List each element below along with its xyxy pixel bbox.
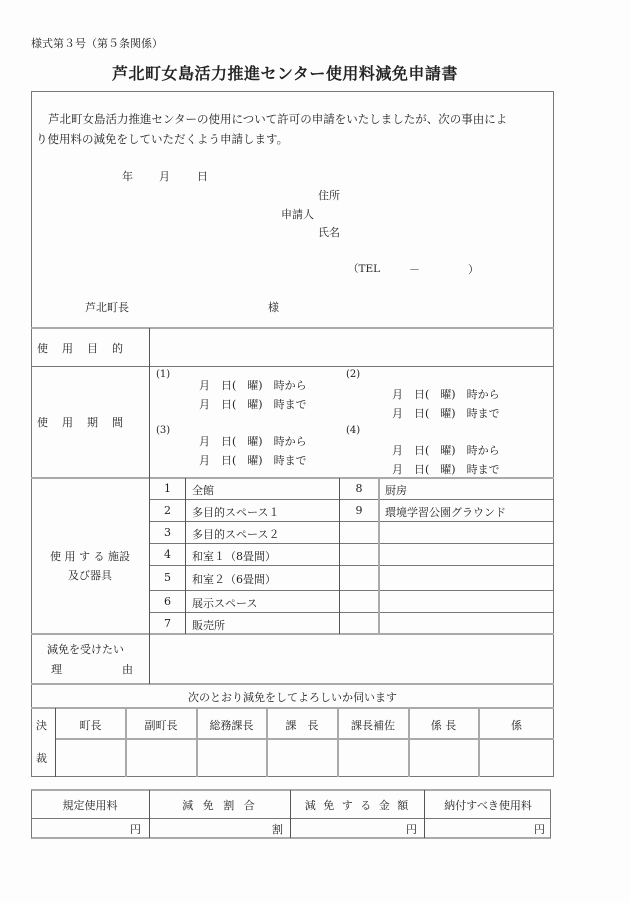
period-slot-1-num: (1) bbox=[156, 369, 170, 380]
name-label: 氏名 bbox=[318, 224, 340, 240]
reason-field[interactable] bbox=[151, 636, 551, 682]
period-slot-2-from[interactable]: 月 日( 曜) 時から bbox=[392, 386, 500, 402]
honorific: 様 bbox=[268, 299, 279, 315]
facility-name[interactable]: 厨房 bbox=[385, 482, 407, 498]
facility-name[interactable]: 多目的スペース１ bbox=[192, 504, 279, 520]
facility-num: 6 bbox=[150, 595, 185, 608]
facility-name[interactable]: 多目的スペース２ bbox=[192, 526, 279, 542]
approver-staff: 係 bbox=[479, 717, 554, 733]
date-day[interactable]: 日 bbox=[197, 168, 208, 184]
divider bbox=[378, 478, 380, 634]
divider bbox=[31, 707, 554, 709]
period-slot-3-from[interactable]: 月 日( 曜) 時から bbox=[199, 433, 307, 449]
period-slot-4-from[interactable]: 月 日( 曜) 時から bbox=[392, 442, 500, 458]
fee-rate-field[interactable]: 割 bbox=[150, 821, 283, 837]
approver-section-chief: 課 長 bbox=[267, 717, 337, 733]
period-slot-2-to[interactable]: 月 日( 曜) 時まで bbox=[392, 405, 500, 421]
divider bbox=[339, 478, 340, 634]
facility-num: 8 bbox=[340, 482, 378, 495]
facility-num: 7 bbox=[150, 617, 185, 630]
facility-name[interactable]: 販売所 bbox=[192, 617, 225, 633]
facility-num: 4 bbox=[150, 548, 185, 561]
facilities-label-2: 及び器具 bbox=[31, 567, 149, 583]
approver-mayor: 町長 bbox=[56, 717, 125, 733]
approver-deputy-mayor: 副町長 bbox=[126, 717, 196, 733]
divider bbox=[149, 612, 554, 613]
divider bbox=[31, 327, 554, 329]
divider bbox=[31, 633, 554, 635]
tel-open: （TEL bbox=[348, 261, 380, 276]
tel-close: ） bbox=[468, 261, 479, 277]
period-slot-2-num: (2) bbox=[346, 369, 360, 380]
fee-header-payable: 納付すべき使用料 bbox=[425, 797, 551, 813]
facility-name[interactable]: 全館 bbox=[192, 482, 214, 498]
divider bbox=[31, 818, 551, 819]
facility-num: 5 bbox=[150, 571, 185, 584]
divider bbox=[31, 683, 554, 685]
facility-name[interactable]: 環境学習公園グラウンド bbox=[385, 504, 506, 520]
approver-assistant-chief: 課長補佐 bbox=[338, 717, 408, 733]
fee-standard-field[interactable]: 円 bbox=[31, 821, 141, 837]
facilities-label-1: 使 用 す る 施設 bbox=[31, 548, 149, 564]
reason-label-2a: 理 bbox=[51, 661, 62, 677]
fee-header-reduction: 減 免 す る 金 額 bbox=[291, 797, 424, 813]
facility-num: 9 bbox=[340, 504, 378, 517]
period-slot-1-to[interactable]: 月 日( 曜) 時まで bbox=[199, 396, 307, 412]
approval-side-2: 裁 bbox=[36, 750, 47, 766]
divider bbox=[149, 565, 554, 566]
period-slot-3-to[interactable]: 月 日( 曜) 時まで bbox=[199, 452, 307, 468]
period-slot-1-from[interactable]: 月 日( 曜) 時から bbox=[199, 377, 307, 393]
date-month[interactable]: 月 bbox=[159, 168, 170, 184]
approval-side-1: 決 bbox=[36, 717, 47, 733]
facility-num: 2 bbox=[150, 504, 185, 517]
form-number: 様式第３号（第５条関係） bbox=[31, 35, 163, 51]
fee-payable-field[interactable]: 円 bbox=[425, 821, 545, 837]
period-slot-4-num: (4) bbox=[346, 425, 360, 436]
facility-name[interactable]: 和室１（8畳間） bbox=[192, 548, 276, 564]
period-label: 使用期間 bbox=[37, 414, 137, 430]
divider bbox=[149, 499, 554, 500]
approver-general-affairs-chief: 総務課長 bbox=[197, 717, 266, 733]
address-label: 住所 bbox=[318, 187, 340, 203]
approver-unit-chief: 係 長 bbox=[409, 717, 478, 733]
fee-reduction-field[interactable]: 円 bbox=[291, 821, 417, 837]
facility-num: 3 bbox=[150, 526, 185, 539]
divider bbox=[149, 590, 554, 591]
divider bbox=[149, 543, 554, 544]
reason-label-2b: 由 bbox=[122, 661, 133, 677]
fee-header-standard: 規定使用料 bbox=[31, 797, 149, 813]
fee-header-rate: 減 免 割 合 bbox=[150, 797, 290, 813]
reason-label-1: 減免を受けたい bbox=[47, 641, 124, 657]
facility-num: 1 bbox=[150, 482, 185, 495]
applicant-label: 申請人 bbox=[281, 206, 314, 222]
intro-line-1: 芦北町女島活力推進センターの使用について許可の申請をいたしましたが、次の事由によ bbox=[48, 111, 507, 127]
divider bbox=[149, 521, 554, 522]
purpose-label: 使用目的 bbox=[37, 340, 137, 356]
divider bbox=[31, 477, 554, 479]
facility-name[interactable]: 和室２（6畳間） bbox=[192, 571, 276, 587]
approval-heading: 次のとおり減免をしてよろしいか伺います bbox=[31, 689, 554, 705]
facility-name[interactable]: 展示スペース bbox=[192, 595, 257, 611]
divider bbox=[31, 366, 554, 367]
mayor-label: 芦北町長 bbox=[85, 299, 129, 315]
period-slot-3-num: (3) bbox=[156, 425, 170, 436]
page-title: 芦北町女島活力推進センター使用料減免申請書 bbox=[112, 61, 458, 84]
purpose-field[interactable] bbox=[151, 330, 551, 364]
divider bbox=[185, 478, 186, 634]
period-slot-4-to[interactable]: 月 日( 曜) 時まで bbox=[392, 461, 500, 477]
tel-dash: － bbox=[409, 261, 420, 277]
date-year[interactable]: 年 bbox=[122, 168, 133, 184]
intro-line-2: り使用料の減免をしていただくよう申請します。 bbox=[36, 131, 288, 147]
